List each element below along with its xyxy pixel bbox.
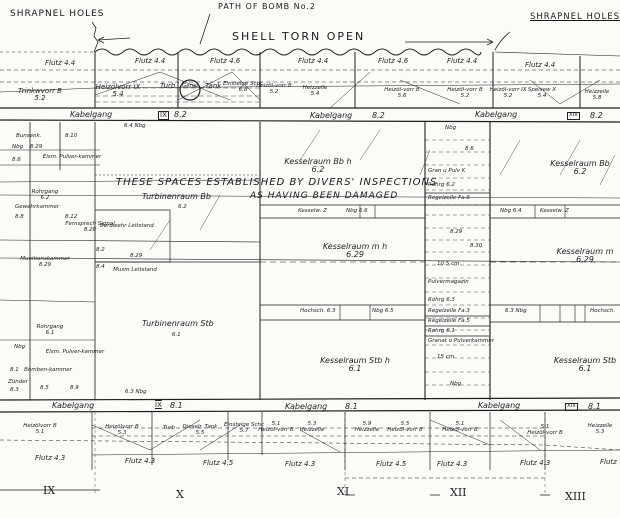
room-label: 5.5Heizöl-vorr B — [387, 422, 422, 433]
center-label: 10.5 cm — [437, 262, 459, 268]
kabelgang-label: Kabelgang — [310, 112, 352, 120]
room-label: 8.2 — [96, 248, 105, 254]
room-label: 8.6 — [12, 158, 21, 164]
frame-number: X — [176, 489, 184, 500]
kabelgang-label: Kabelgang — [478, 402, 520, 410]
kabelgang-number: 8.1 — [345, 403, 358, 411]
boiler-room-label: Kesselraum Stb h6.1 — [320, 357, 390, 373]
room-label: 5.1Heizöl-vorr B — [527, 425, 562, 436]
divers-inspection-note-line1: THESE SPACES ESTABLISHED BY DIVERS' INSP… — [116, 178, 437, 188]
flutz-label: Flutz 4.6 — [210, 58, 240, 65]
center-label: 8.6 — [465, 147, 474, 153]
boiler-room-label: Kesselraum Bb6.2 — [550, 160, 610, 176]
room-label: Heizzelle5.3 — [588, 424, 613, 435]
boiler-room-label: Kesselraum m h6.29 — [323, 243, 387, 259]
turbine-room-stb-label: Turbinenraum Stb — [142, 320, 214, 328]
strip-label: Hochsch. 6.3 — [300, 309, 336, 315]
flutz-label: Flutz 4.4 — [447, 58, 477, 65]
center-label: Nbg — [445, 126, 456, 132]
boiler-room-label: Kesselraum Bb h6.2 — [284, 158, 351, 174]
center-label: Gran u Pulv K — [428, 169, 465, 175]
flutz-label: Flutz 4.6 — [378, 58, 408, 65]
flutz-label: Flutz 4.4 — [45, 60, 75, 67]
deck-plan-lines — [0, 0, 620, 518]
flutz-label: Flutz 4.5 — [203, 460, 233, 467]
kabelgang-label: Kabelgang — [475, 111, 517, 119]
room-label: Heizöl-vorr B5.6 — [384, 88, 419, 99]
flutz-label: Flutz 4.3 — [35, 455, 65, 462]
room-label: 8.10 — [65, 134, 77, 140]
shrapnel-holes-right-note: SHRAPNEL HOLES — [530, 13, 620, 22]
kabelgang-number: 8.1 — [588, 403, 601, 411]
room-label: Rohrgang6.1 — [37, 325, 64, 336]
kabelgang-number: 8.2 — [590, 112, 603, 120]
strip-label: Hochsch. — [590, 309, 615, 315]
flutz-label: Flutz 4.3 — [285, 461, 315, 468]
room-label: Nbg — [14, 345, 25, 351]
room-label: Heizölvorr IX5.4 — [96, 84, 141, 98]
center-label: 15 cm — [437, 355, 454, 361]
frame-number: IX — [43, 485, 55, 496]
room-label: Bomben-kammer — [24, 368, 72, 374]
room-label: 8.3 — [10, 388, 19, 394]
room-label: Elsm. Pulver-kammer — [46, 350, 105, 356]
kabelgang-label: Kabelgang — [285, 403, 327, 411]
room-label: Heizölvorr B5.3 — [105, 425, 139, 436]
room-label: 8.5 — [40, 386, 49, 392]
shrapnel-holes-left-note: SHRAPNEL HOLES — [10, 10, 105, 19]
center-label: Regelzelle Fa.6 — [428, 196, 470, 202]
room-label: 8.1 — [10, 368, 19, 374]
center-label: Regelzelle Fa.5 — [428, 319, 470, 325]
room-label: Rohrgang6.2 — [32, 190, 59, 201]
kabelgang-number: 8.2 — [174, 111, 187, 119]
room-label: Zünder — [8, 380, 28, 386]
center-label: 8.30 — [470, 244, 482, 250]
misc-label: 6.4 Nbg — [124, 124, 146, 130]
flutz-label: Flutz 4.3 — [520, 460, 550, 467]
flutz-label: Flutz — [600, 459, 617, 466]
center-label: Pulvermagazin — [428, 280, 469, 286]
room-label: 8.12 — [65, 215, 77, 221]
strip-label: 6.3 Nbg — [505, 309, 527, 315]
frame-marker: IX — [158, 111, 169, 120]
frame-marker: XIII — [565, 403, 578, 411]
room-label: Gener. — [182, 84, 200, 90]
center-label: Regelzelle Fa.3 — [428, 309, 470, 315]
room-label: Dieselr. Tank5.5 — [182, 425, 217, 436]
frame-marker: XIII — [567, 112, 580, 120]
center-label: Granat u Pulverkammer — [428, 339, 494, 345]
torn-shell-edge — [95, 49, 481, 55]
boiler-room-label: Kesselraum Stb6.1 — [554, 357, 616, 373]
kabelgang-number: 8.2 — [372, 112, 385, 120]
kabelgang-number: 8.1 — [170, 402, 183, 410]
room-label: Trinkwvorr B5.2 — [18, 88, 62, 102]
strip-label: Kesselw. Z — [298, 209, 327, 215]
frame-number: XI — [337, 486, 349, 497]
room-label: 8.4 — [96, 265, 105, 271]
turbine-room-bb-label: Turbinenraum Bb — [142, 193, 211, 201]
room-label: Heizzelle5.4 — [303, 86, 328, 97]
room-label: Bunsenk. — [16, 134, 41, 140]
room-label: Turb — [160, 83, 175, 90]
kabelgang-label: Kabelgang — [52, 402, 94, 410]
turbine-room-stb-number: 6.1 — [172, 333, 181, 339]
center-label: Rohrg 6.2 — [428, 183, 455, 189]
strip-label: Nbg 6.4 — [500, 209, 522, 215]
ship-compartment-drawing: SHRAPNEL HOLES PATH OF BOMB No.2 SHELL T… — [0, 0, 620, 518]
flutz-label: Flutz 4.3 — [125, 458, 155, 465]
room-label: Speisew X5.4 — [528, 88, 556, 99]
room-label: Heizöl-vorr IX5.2 — [489, 88, 526, 99]
room-label: 5.1Heizöl-vorr B — [442, 422, 477, 433]
room-label: Musm Leitstand — [113, 268, 157, 274]
frame-marker: IX — [155, 402, 162, 409]
turbine-room-bb-number: 6.2 — [178, 205, 187, 211]
flutz-label: Flutz 4.3 — [437, 461, 467, 468]
room-label: Heizöl-vorr B5.2 — [256, 84, 291, 95]
room-label: Heizöl-vorr B5.2 — [447, 88, 482, 99]
flutz-label: Flutz 4.5 — [376, 461, 406, 468]
center-label: Rohrg 6.3 — [428, 298, 455, 304]
room-label: Heizzelle5.8 — [585, 90, 610, 101]
center-label: Rohrg 6.1 — [428, 329, 455, 335]
shell-torn-open-note: SHELL TORN OPEN — [232, 31, 365, 42]
kabelgang-label: Kabelgang — [70, 111, 112, 119]
room-label: 8.29 — [130, 254, 142, 260]
room-label: 5.1Heizöl-vorr B — [258, 422, 293, 433]
room-label: Bordwehr Leitstand — [100, 224, 154, 230]
center-label: Nbg — [450, 382, 461, 388]
room-label: 5.9Heizzelle — [355, 422, 380, 433]
room-label: 8.8 — [15, 215, 24, 221]
room-label: Nbg — [12, 145, 23, 151]
frame-number: XII — [450, 487, 467, 498]
turbine-small-room: 6.3 Nbg — [125, 390, 147, 396]
strip-label: Nbg 6.5 — [372, 309, 394, 315]
divers-inspection-note-line2: AS HAVING BEEN DAMAGED — [250, 192, 398, 201]
frame-number: XIII — [565, 491, 586, 502]
room-label: Munitionskammer8.29 — [20, 257, 70, 268]
strip-label: Nbg 6.6 — [346, 209, 368, 215]
room-label: Elsm. Pulver-kammer — [43, 155, 102, 161]
room-label: Heizölvorr B5.1 — [23, 424, 57, 435]
room-label: 5.3Heizzelle — [300, 422, 325, 433]
flutz-label: Flutz 4.4 — [135, 58, 165, 65]
room-label: 8.29 — [30, 145, 42, 151]
flutz-label: Flutz 4.4 — [525, 62, 555, 69]
room-label: 8.9 — [70, 386, 79, 392]
room-label: Gewehrkammer — [15, 205, 59, 211]
room-label: Turb — [163, 426, 175, 432]
flutz-label: Flutz 4.4 — [298, 58, 328, 65]
boiler-room-label: Kesselraum m6.29 — [557, 248, 614, 264]
bomb-path-note: PATH OF BOMB No.2 — [218, 3, 316, 11]
room-label: Tank — [205, 83, 221, 90]
center-label: 8.29 — [450, 230, 462, 236]
strip-label: Kesselw. Z — [540, 209, 569, 215]
